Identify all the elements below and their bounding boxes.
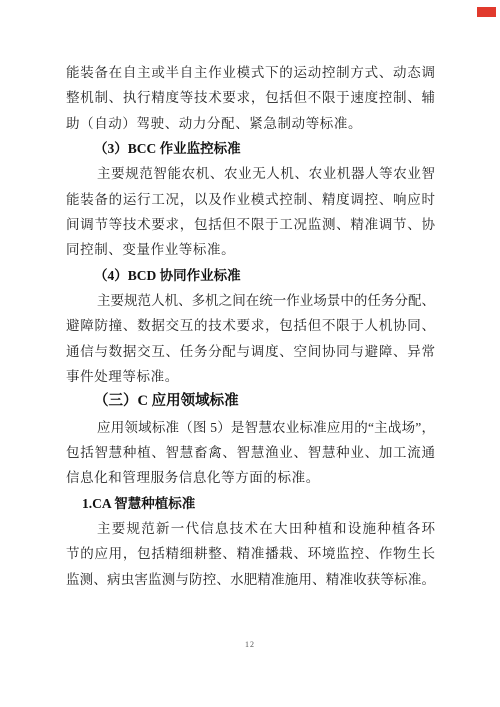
text-line: 事件处理等标准。 xyxy=(66,364,435,389)
text-line: 整机制、执行精度等技术要求，包括但不限于速度控制、辅 xyxy=(66,85,435,110)
text-line: 能装备在自主或半自主作业模式下的运动控制方式、动态调 xyxy=(66,60,435,85)
text-line: 避障防撞、数据交互的技术要求，包括但不限于人机协同、 xyxy=(66,313,435,338)
text-line: 间调节等技术要求，包括但不限于工况监测、精准调节、协 xyxy=(66,212,435,237)
text-line: 主要规范人机、多机之间在统一作业场景中的任务分配、 xyxy=(66,288,435,313)
document-body: 能装备在自主或半自主作业模式下的运动控制方式、动态调整机制、执行精度等技术要求，… xyxy=(66,60,435,592)
text-line: 主要规范新一代信息技术在大田种植和设施种植各环 xyxy=(66,516,435,541)
section-heading: （4）BCD 协同作业标准 xyxy=(66,263,435,288)
text-line: 监测、病虫害监测与防控、水肥精准施用、精准收获等标准。 xyxy=(66,567,435,592)
page-number: 12 xyxy=(0,640,500,649)
corner-red-mark xyxy=(477,7,496,17)
document-page: 能装备在自主或半自主作业模式下的运动控制方式、动态调整机制、执行精度等技术要求，… xyxy=(0,0,500,707)
section-heading: （三）C 应用领域标准 xyxy=(66,389,435,414)
text-line: 包括智慧种植、智慧畜禽、智慧渔业、智慧种业、加工流通 xyxy=(66,440,435,465)
text-line: 应用领域标准（图 5）是智慧农业标准应用的“主战场”， xyxy=(66,415,435,440)
text-line: 能装备的运行工况，以及作业模式控制、精度调控、响应时 xyxy=(66,187,435,212)
text-line: 助（自动）驾驶、动力分配、紧急制动等标准。 xyxy=(66,111,435,136)
text-line: 信息化和管理服务信息化等方面的标准。 xyxy=(66,465,435,490)
text-line: 同控制、变量作业等标准。 xyxy=(66,237,435,262)
text-line: 通信与数据交互、任务分配与调度、空间协同与避障、异常 xyxy=(66,339,435,364)
text-line: 节的应用，包括精细耕整、精准播栽、环境监控、作物生长 xyxy=(66,541,435,566)
section-heading: （3）BCC 作业监控标准 xyxy=(66,136,435,161)
text-line: 主要规范智能农机、农业无人机、农业机器人等农业智 xyxy=(66,161,435,186)
section-heading: 1.CA 智慧种植标准 xyxy=(66,491,435,516)
